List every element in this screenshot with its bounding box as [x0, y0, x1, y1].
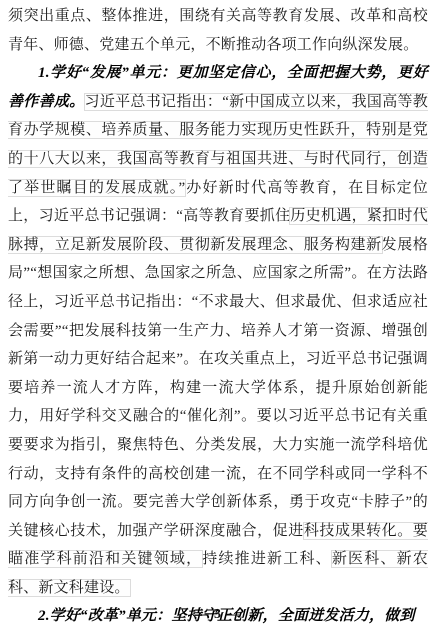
page-number: — 3 —: [0, 607, 436, 623]
document-page: 须突出重点、整体推进，围绕有关高等教育发展、改革和高校青年、师德、党建五个单元，…: [8, 2, 428, 631]
para-section-1: 1.学好“发展”单元：更加坚定信心，全面把握大势，更好善作善成。习近平总书记指出…: [8, 59, 428, 602]
body-text-segment: 持续推进新工科、: [202, 551, 332, 567]
para-continuation: 须突出重点、整体推进，围绕有关高等教育发展、改革和高校青年、师德、党建五个单元，…: [8, 2, 428, 59]
body-text-segment: 须突出重点、整体推进，围绕有关高等教育发展、改革和高校青年、师德、党建五个单元，…: [8, 8, 428, 53]
body-text-segment: 发展格局”“想国家之所想、急国家之所急、应国家之所需”。在方法路径上，习近平总书…: [8, 237, 428, 539]
text-body: 须突出重点、整体推进，围绕有关高等教育发展、改革和高校青年、师德、党建五个单元，…: [8, 2, 428, 631]
